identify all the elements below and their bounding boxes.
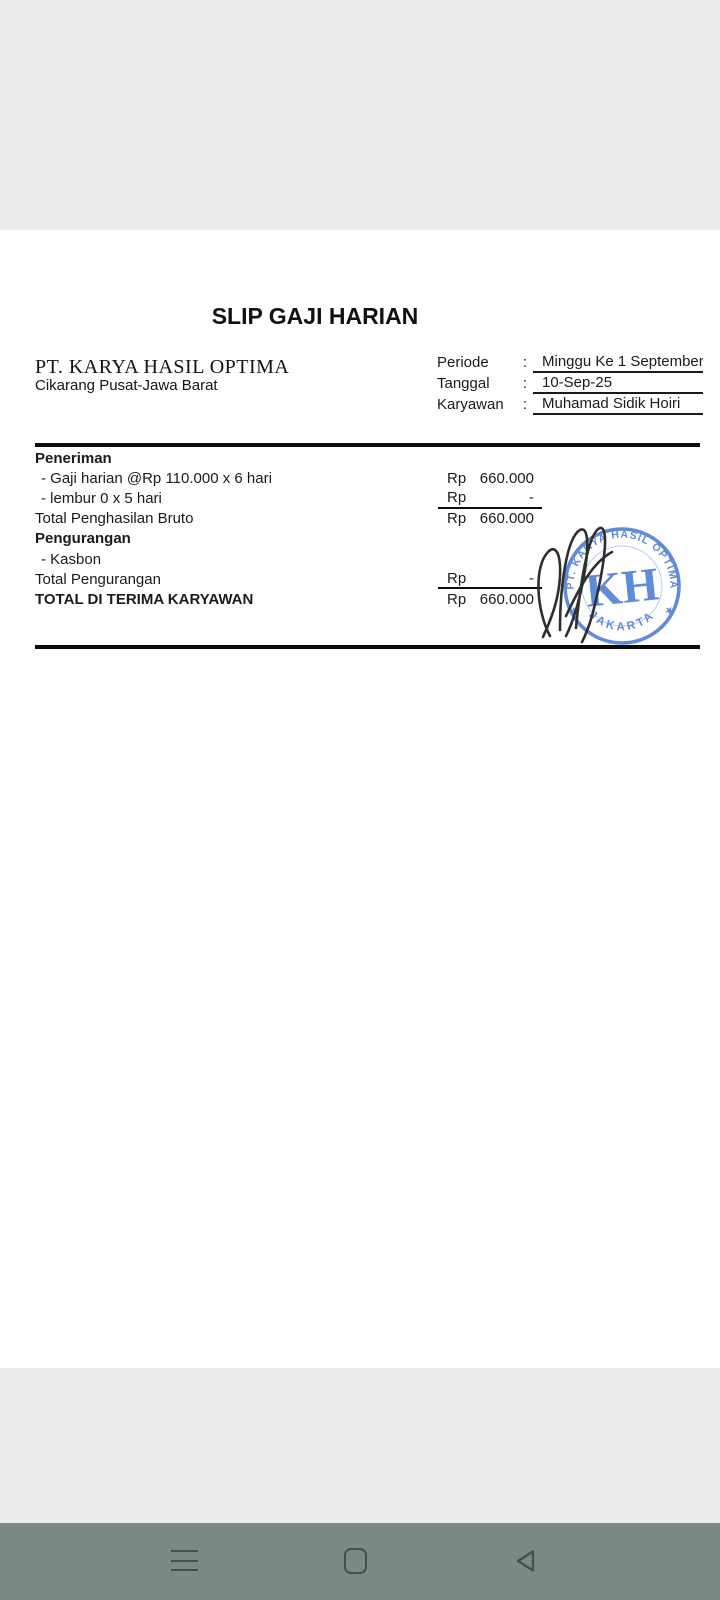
amount: 660.000 — [466, 591, 534, 608]
info-row-karyawan: Karyawan : Muhamad Sidik Hoiri — [437, 394, 703, 415]
amount: 660.000 — [466, 470, 534, 487]
company-stamp-and-signature: PT. KARYA HASIL OPTIMA JAKARTA ★ ★ KH — [530, 518, 690, 650]
tanggal-value: 10-Sep-25 — [533, 373, 703, 394]
amount: - — [466, 570, 534, 587]
row-label: - Kasbon — [35, 551, 438, 568]
row-label: Peneriman — [35, 450, 438, 467]
salary-slip-document: SLIP GAJI HARIAN PT. KARYA HASIL OPTIMA … — [0, 230, 720, 1368]
back-icon[interactable] — [514, 1548, 540, 1574]
tanggal-label: Tanggal — [437, 375, 517, 392]
periode-label: Periode — [437, 354, 517, 371]
menu-bar — [171, 1550, 198, 1552]
currency: Rp — [447, 570, 466, 587]
table-row: - Gaji harian @Rp 110.000 x 6 hari Rp 66… — [35, 468, 700, 488]
colon: : — [517, 354, 533, 371]
info-row-tanggal: Tanggal : 10-Sep-25 — [437, 373, 703, 394]
colon: : — [517, 375, 533, 392]
currency: Rp — [447, 489, 466, 506]
row-label: Total Penghasilan Bruto — [35, 510, 438, 527]
table-top-border — [35, 443, 700, 447]
table-row: Peneriman — [35, 448, 700, 468]
periode-value: Minggu Ke 1 September — [533, 352, 703, 373]
amount: 660.000 — [466, 510, 534, 527]
row-amount-cell — [438, 549, 542, 569]
amount: - — [466, 489, 534, 506]
table-row: - lembur 0 x 5 hari Rp - — [35, 488, 700, 508]
row-label: - Gaji harian @Rp 110.000 x 6 hari — [35, 470, 438, 487]
page-title: SLIP GAJI HARIAN — [35, 303, 595, 330]
menu-bar — [171, 1560, 198, 1562]
karyawan-value: Muhamad Sidik Hoiri — [533, 394, 703, 415]
menu-bar — [171, 1569, 198, 1571]
currency: Rp — [447, 470, 466, 487]
phone-screen: SLIP GAJI HARIAN PT. KARYA HASIL OPTIMA … — [0, 0, 720, 1600]
row-label: - lembur 0 x 5 hari — [35, 490, 438, 507]
row-amount-cell: Rp 660.000 — [438, 589, 542, 609]
currency: Rp — [447, 510, 466, 527]
slip-info-block: Periode : Minggu Ke 1 September Tanggal … — [437, 352, 703, 415]
company-name: PT. KARYA HASIL OPTIMA — [35, 356, 289, 379]
row-amount-cell — [438, 529, 542, 549]
row-amount-cell: Rp 660.000 — [438, 509, 542, 529]
android-navigation-bar — [0, 1523, 720, 1600]
menu-icon[interactable] — [171, 1550, 198, 1572]
home-icon[interactable] — [344, 1548, 367, 1574]
row-label: Total Pengurangan — [35, 571, 438, 588]
karyawan-label: Karyawan — [437, 396, 517, 413]
colon: : — [517, 396, 533, 413]
row-amount-cell: Rp - — [438, 488, 542, 508]
row-label: Pengurangan — [35, 530, 438, 547]
info-row-periode: Periode : Minggu Ke 1 September — [437, 352, 703, 373]
currency: Rp — [447, 591, 466, 608]
row-amount-cell: Rp - — [438, 569, 542, 589]
row-amount-cell: Rp 660.000 — [438, 468, 542, 488]
row-amount-cell — [438, 448, 542, 468]
row-label: TOTAL DI TERIMA KARYAWAN — [35, 591, 438, 608]
company-address: Cikarang Pusat-Jawa Barat — [35, 377, 218, 394]
